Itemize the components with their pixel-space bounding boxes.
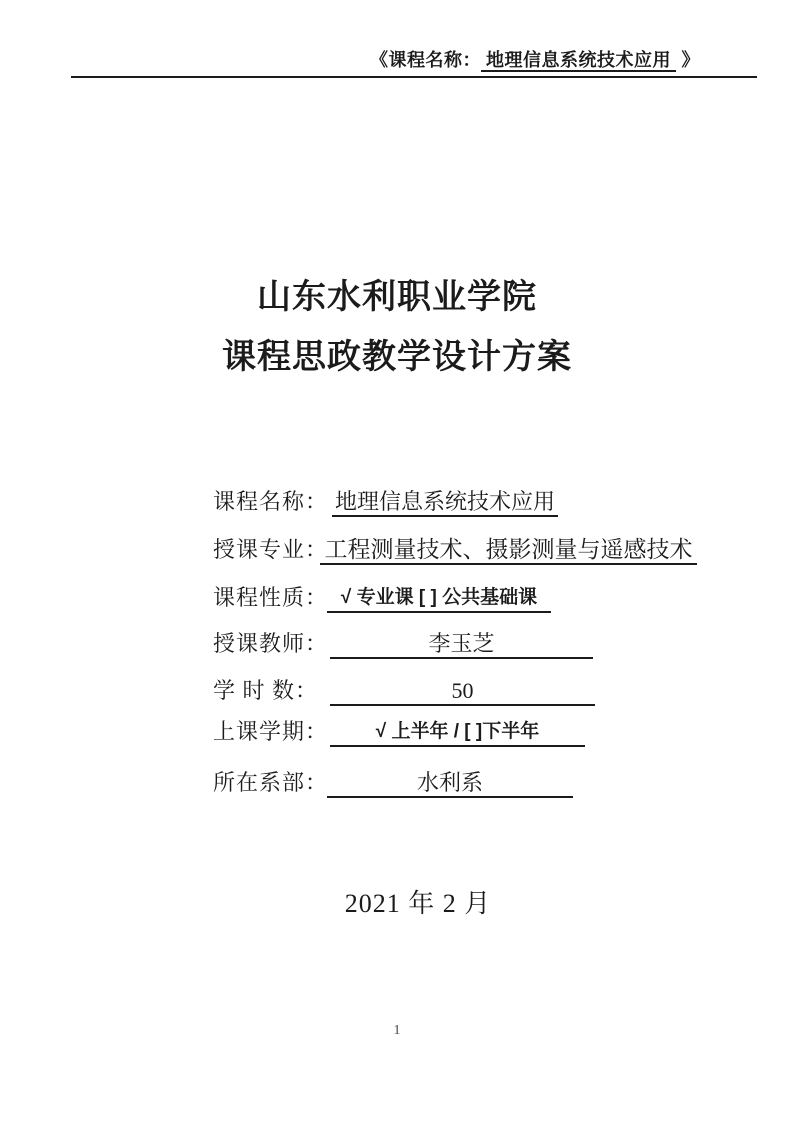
teaching-major-value: 工程测量技术、摄影测量与遥感技术 — [320, 535, 697, 565]
title-line-1: 山东水利职业学院 — [0, 267, 794, 327]
title-line-2: 课程思政教学设计方案 — [0, 327, 794, 387]
header-rule — [71, 76, 757, 78]
department-value: 水利系 — [327, 768, 573, 798]
course-name-label: 课程名称： — [213, 487, 328, 517]
department-label: 所在系部： — [213, 768, 328, 798]
semester-value: √ 上半年 / [ ]下半年 — [330, 717, 585, 747]
document-page: 《课程名称：地理信息系统技术应用 》 山东水利职业学院 课程思政教学设计方案 课… — [0, 0, 794, 1123]
teaching-major-label: 授课专业： — [213, 535, 328, 565]
class-hours-value: 50 — [330, 676, 595, 706]
document-title: 山东水利职业学院 课程思政教学设计方案 — [0, 267, 794, 387]
course-name-value: 地理信息系统技术应用 — [332, 487, 558, 517]
header-suffix: 》 — [682, 50, 701, 70]
course-nature-value: √ 专业课 [ ] 公共基础课 — [327, 583, 551, 613]
teacher-value: 李玉芝 — [330, 629, 593, 659]
page-header: 《课程名称：地理信息系统技术应用 》 — [370, 48, 700, 72]
semester-label: 上课学期： — [213, 717, 328, 747]
teacher-label: 授课教师： — [213, 629, 328, 659]
document-date: 2021 年 2 月 — [0, 888, 794, 920]
class-hours-label: 学 时 数： — [213, 676, 318, 706]
header-course-name: 地理信息系统技术应用 — [481, 50, 676, 72]
header-prefix: 《课程名称： — [370, 50, 481, 70]
course-nature-label: 课程性质： — [213, 583, 328, 613]
page-number: 1 — [0, 1023, 794, 1039]
